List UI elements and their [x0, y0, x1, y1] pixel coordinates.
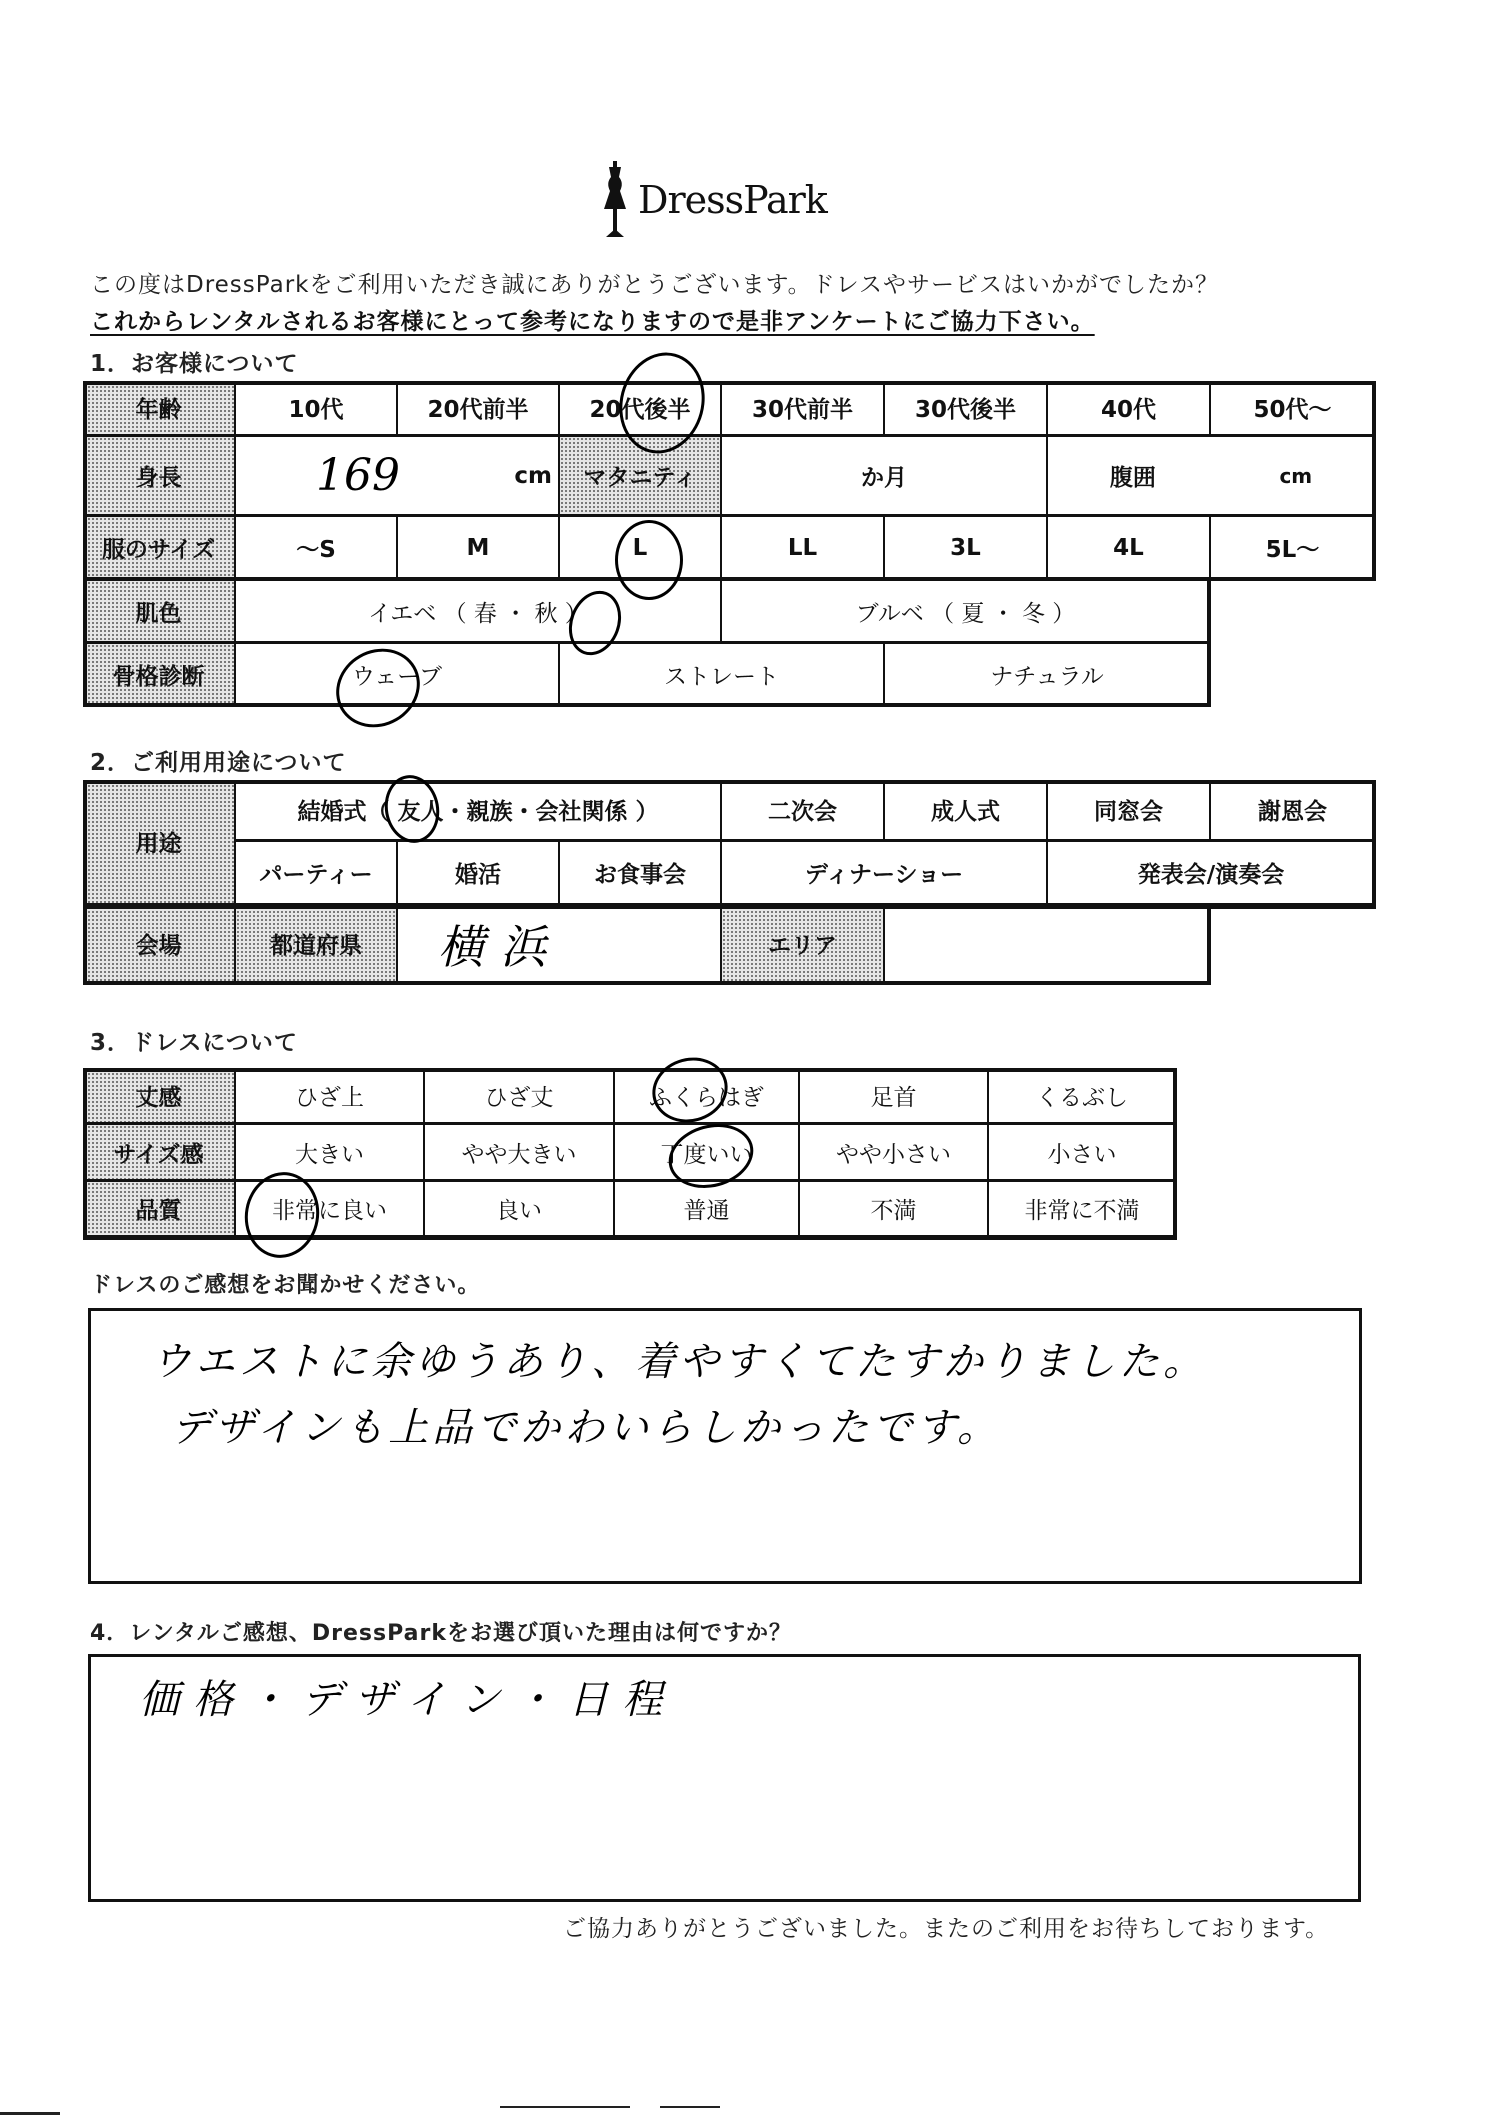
impression-line-1: ウエストに余ゆうあり、着やすくてたすかりました。 [151, 1329, 1207, 1395]
purpose-option[interactable]: 婚活 [398, 842, 560, 906]
quality-label: 品質 [83, 1182, 236, 1238]
fit-option[interactable]: やや大きい [425, 1125, 615, 1182]
size-option-selected[interactable]: L [560, 517, 722, 581]
length-option[interactable]: ひざ上 [236, 1068, 425, 1125]
quality-option[interactable]: 非常に不満 [989, 1182, 1177, 1238]
size-option[interactable]: 5L～ [1211, 517, 1376, 581]
customer-table: 年齢 10代 20代前半 20代後半 30代前半 30代後半 40代 50代～ … [83, 381, 1376, 709]
quality-option-selected[interactable]: 非常に良い [236, 1182, 425, 1238]
body-type-option[interactable]: ストレート [560, 644, 885, 707]
length-option[interactable]: 足首 [800, 1068, 989, 1125]
size-option[interactable]: 4L [1048, 517, 1211, 581]
fit-option[interactable]: 小さい [989, 1125, 1177, 1182]
fit-label: サイズ感 [83, 1125, 236, 1182]
age-option-selected[interactable]: 20代後半 [560, 381, 722, 437]
age-option[interactable]: 30代前半 [722, 381, 885, 437]
size-option[interactable]: LL [722, 517, 885, 581]
purpose-option[interactable]: 発表会/演奏会 [1048, 842, 1376, 906]
prefecture-label: 都道府県 [236, 906, 398, 984]
age-option[interactable]: 10代 [236, 381, 398, 437]
length-option-selected[interactable]: ふくらはぎ [615, 1068, 800, 1125]
impression-line-2: デザインも上品でかわいらしかったです。 [171, 1395, 1001, 1461]
venue-label: 会場 [83, 906, 236, 984]
section4-title: 4．レンタルご感想、DressParkをお選び頂いた理由は何ですか？ [90, 1616, 792, 1647]
age-option[interactable]: 30代後半 [885, 381, 1048, 437]
usage-table: 用途 結婚式（ 友人・親族・会社関係 ） 二次会 成人式 同窓会 謝恩会 パーテ… [83, 780, 1376, 985]
purpose-option[interactable]: ディナーショー [722, 842, 1048, 906]
skin-blue-option[interactable]: ブルベ （ 夏 ・ 冬 ） [722, 581, 1211, 644]
section3-title: 3．ドレスについて [90, 1024, 298, 1057]
purpose-option[interactable]: パーティー [236, 842, 398, 906]
fit-option[interactable]: やや小さい [800, 1125, 989, 1182]
quality-option[interactable]: 良い [425, 1182, 615, 1238]
section1-title: 1．お客様について [90, 345, 299, 378]
area-field[interactable] [885, 906, 1211, 984]
brand-name: DressPark [638, 178, 827, 222]
purpose-option[interactable]: お食事会 [560, 842, 722, 906]
area-label: エリア [722, 906, 885, 984]
purpose-wedding-option[interactable]: 結婚式（ 友人・親族・会社関係 ） [236, 780, 722, 842]
body-type-option[interactable]: ナチュラル [885, 644, 1211, 707]
skin-label: 肌色 [83, 581, 236, 644]
prefecture-field[interactable]: 横浜 [398, 906, 722, 984]
purpose-option[interactable]: 同窓会 [1048, 780, 1211, 842]
scan-artifact [500, 2106, 630, 2108]
length-label: 丈感 [83, 1068, 236, 1125]
reason-textarea[interactable]: 価格・デザイン・日程 [88, 1654, 1361, 1902]
purpose-label: 用途 [83, 780, 236, 906]
scan-artifact [660, 2106, 720, 2108]
impression-textarea[interactable]: ウエストに余ゆうあり、着やすくてたすかりました。 デザインも上品でかわいらしかっ… [88, 1308, 1362, 1584]
age-label: 年齢 [83, 381, 236, 437]
age-option[interactable]: 40代 [1048, 381, 1211, 437]
body-type-option-selected[interactable]: ウェーブ [236, 644, 560, 707]
dress-form-icon [600, 161, 630, 239]
footer-thanks: ご協力ありがとうございました。またのご利用をお待ちしております。 [563, 1910, 1329, 1943]
quality-option[interactable]: 不満 [800, 1182, 989, 1238]
height-field[interactable]: 169 cm [236, 437, 560, 517]
waist-label: 腹囲 [1110, 459, 1156, 492]
size-option[interactable]: ～S [236, 517, 398, 581]
section2-title: 2．ご利用用途について [90, 744, 347, 777]
waist-unit: cm [1279, 464, 1312, 488]
height-value: 169 [316, 450, 400, 501]
size-label: 服のサイズ [83, 517, 236, 581]
quality-option[interactable]: 普通 [615, 1182, 800, 1238]
size-option[interactable]: M [398, 517, 560, 581]
prefecture-value: 横浜 [438, 911, 562, 977]
body-type-label: 骨格診断 [83, 644, 236, 707]
age-option[interactable]: 50代～ [1211, 381, 1376, 437]
fit-option-selected[interactable]: 丁度いい [615, 1125, 800, 1182]
skin-yellow-option[interactable]: イエベ （ 春 ・ 秋 ） [236, 581, 722, 644]
height-label: 身長 [83, 437, 236, 517]
maternity-months-field[interactable]: か月 [722, 437, 1048, 517]
maternity-label: マタニティ [560, 437, 722, 517]
length-option[interactable]: くるぶし [989, 1068, 1177, 1125]
age-option[interactable]: 20代前半 [398, 381, 560, 437]
length-option[interactable]: ひざ丈 [425, 1068, 615, 1125]
impression-prompt: ドレスのご感想をお聞かせください。 [90, 1268, 480, 1299]
months-unit: か月 [861, 459, 907, 492]
purpose-option[interactable]: 成人式 [885, 780, 1048, 842]
waist-field[interactable]: 腹囲 cm [1048, 437, 1376, 517]
scan-artifact [0, 2112, 60, 2115]
intro-text: この度はDressParkをご利用いただき誠にありがとうございます。ドレスやサー… [90, 266, 1219, 299]
purpose-option[interactable]: 謝恩会 [1211, 780, 1376, 842]
brand-logo: DressPark [600, 160, 827, 240]
dress-table: 丈感 ひざ上 ひざ丈 ふくらはぎ 足首 くるぶし サイズ感 大きい やや大きい … [83, 1068, 1177, 1240]
height-unit: cm [514, 463, 552, 489]
size-option[interactable]: 3L [885, 517, 1048, 581]
reason-answer: 価格・デザイン・日程 [139, 1667, 676, 1733]
fit-option[interactable]: 大きい [236, 1125, 425, 1182]
purpose-option[interactable]: 二次会 [722, 780, 885, 842]
request-text: これからレンタルされるお客様にとって参考になりますので是非アンケートにご協力下さ… [90, 303, 1095, 336]
